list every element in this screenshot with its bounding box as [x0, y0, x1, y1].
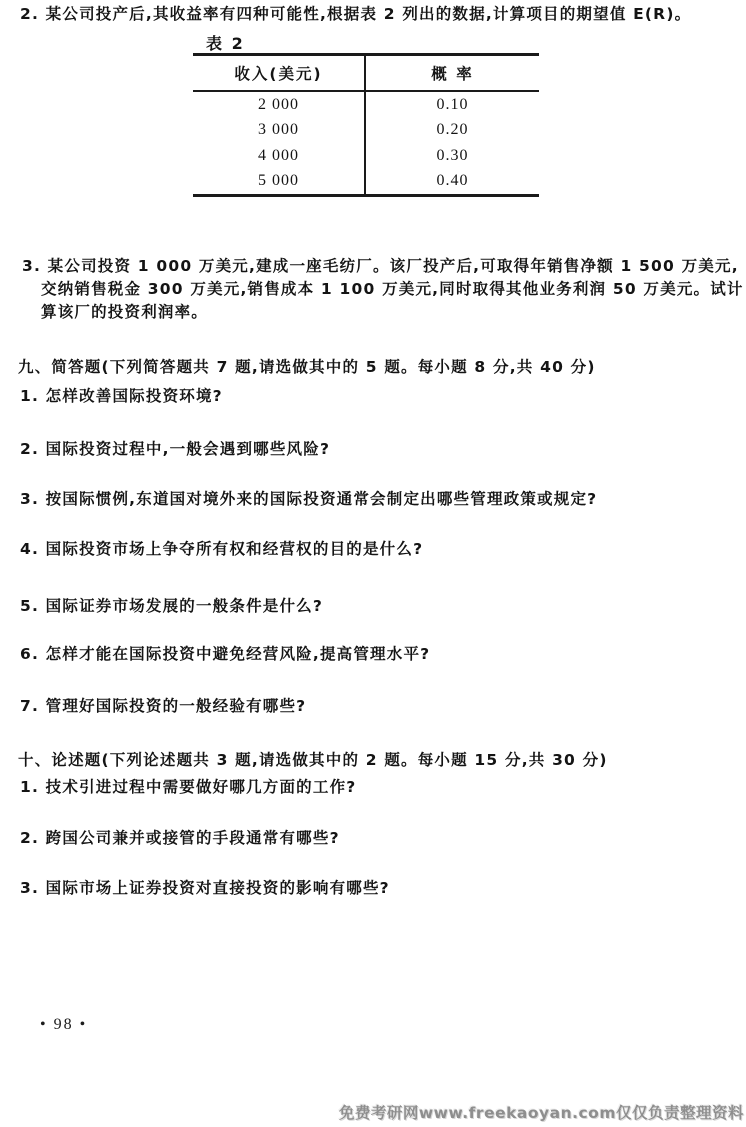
section9-question-7: 7. 管理好国际投资的一般经验有哪些?: [20, 699, 306, 715]
section-9-heading: 九、简答题(下列简答题共 7 题,请选做其中的 5 题。每小题 8 分,共 40…: [18, 360, 596, 376]
section10-question-1: 1. 技术引进过程中需要做好哪几方面的工作?: [20, 780, 356, 796]
table-2-header-row: 收入(美元) 概 率: [193, 56, 539, 92]
section10-question-3: 3. 国际市场上证券投资对直接投资的影响有哪些?: [20, 881, 390, 897]
question-2-text: 2. 某公司投产后,其收益率有四种可能性,根据表 2 列出的数据,计算项目的期望…: [20, 7, 691, 23]
income-value: 2 000: [193, 92, 366, 118]
probability-value: 0.20: [366, 118, 539, 144]
section9-question-2: 2. 国际投资过程中,一般会遇到哪些风险?: [20, 442, 330, 458]
table-2: 收入(美元) 概 率 2 000 0.10 3 000 0.20 4 000 0…: [193, 53, 539, 197]
table-2-header-probability: 概 率: [366, 56, 539, 92]
probability-value: 0.30: [366, 143, 539, 169]
page-number: • 98 •: [40, 1016, 87, 1034]
section9-question-4: 4. 国际投资市场上争夺所有权和经营权的目的是什么?: [20, 542, 423, 558]
section9-question-3: 3. 按国际惯例,东道国对境外来的国际投资通常会制定出哪些管理政策或规定?: [20, 492, 597, 508]
table-row: 5 000 0.40: [193, 169, 539, 195]
question-3-line-1: 3. 某公司投资 1 000 万美元,建成一座毛纺厂。该厂投产后,可取得年销售净…: [22, 259, 739, 275]
section10-question-2: 2. 跨国公司兼并或接管的手段通常有哪些?: [20, 831, 340, 847]
question-3-line-2: 交纳销售税金 300 万美元,销售成本 1 100 万美元,同时取得其他业务利润…: [41, 282, 744, 298]
probability-value: 0.10: [366, 92, 539, 118]
table-2-caption: 表 2: [206, 31, 245, 54]
section9-question-6: 6. 怎样才能在国际投资中避免经营风险,提高管理水平?: [20, 647, 430, 663]
section9-question-1: 1. 怎样改善国际投资环境?: [20, 389, 223, 405]
income-value: 3 000: [193, 118, 366, 144]
income-value: 4 000: [193, 143, 366, 169]
section9-question-5: 5. 国际证券市场发展的一般条件是什么?: [20, 599, 323, 615]
table-row: 2 000 0.10: [193, 92, 539, 118]
table-row: 3 000 0.20: [193, 118, 539, 144]
table-2-header-income: 收入(美元): [193, 56, 366, 92]
section-10-heading: 十、论述题(下列论述题共 3 题,请选做其中的 2 题。每小题 15 分,共 3…: [18, 753, 608, 769]
probability-value: 0.40: [366, 169, 539, 195]
footer-watermark: 免费考研网www.freekaoyan.com仅仅负责整理资料: [339, 1101, 744, 1123]
question-3-line-3: 算该厂的投资利润率。: [41, 305, 208, 321]
document-page: 2. 某公司投产后,其收益率有四种可能性,根据表 2 列出的数据,计算项目的期望…: [0, 0, 746, 1127]
income-value: 5 000: [193, 169, 366, 195]
table-row: 4 000 0.30: [193, 143, 539, 169]
